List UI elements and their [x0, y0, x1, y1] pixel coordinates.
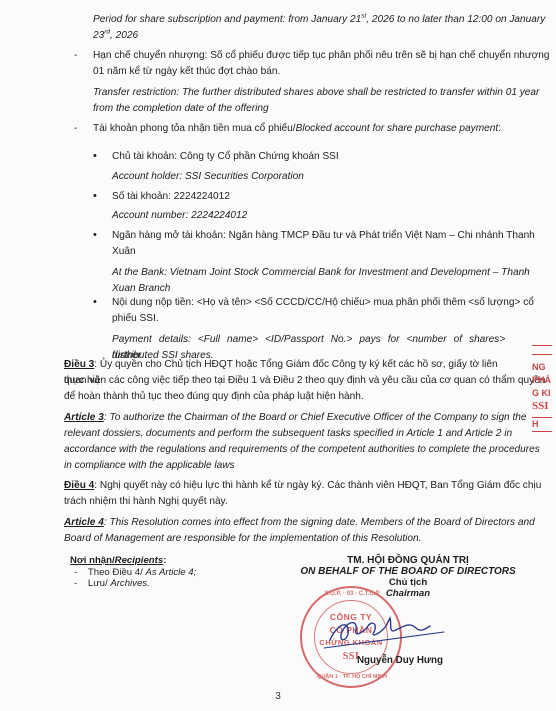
text-line: At the Bank: Vietnam Joint Stock Commerc…: [112, 267, 530, 278]
text-line: trách nhiệm thi hành Nghị quyết này.: [64, 496, 228, 507]
colon: :: [163, 555, 166, 566]
period-text: , 2026: [110, 30, 138, 41]
text-line: Ngân hàng mở tài khoản: Ngân hàng TMCP Đ…: [112, 230, 535, 241]
colon: :: [498, 123, 501, 134]
text-line: : This Resolution comes into effect from…: [104, 517, 535, 528]
text-vi: Lưu/: [88, 578, 110, 589]
article4-vi: Điều 4: Nghị quyết này có hiệu lực thi h…: [64, 478, 541, 494]
period-en-line1: Period for share subscription and paymen…: [93, 12, 545, 28]
document-page: Period for share subscription and paymen…: [0, 0, 556, 711]
recipient-item: - Theo Điều 4/ As Article 4;: [74, 567, 196, 578]
transfer-restriction-vi: Hạn chế chuyển nhượng: Số cổ phiếu được …: [93, 48, 550, 64]
account-holder-en: Account holder: SSI Securities Corporati…: [112, 169, 304, 185]
page-seal-fragment: NG PHÁ G KI SSI H: [532, 345, 556, 460]
text-line: relevant dossiers, documents and perform…: [64, 428, 512, 439]
label-en: Recipients: [115, 555, 164, 566]
seal-text: PHÁ: [532, 374, 556, 387]
page-number: 3: [0, 691, 556, 702]
article3-en: Article 3: To authorize the Chairman of …: [64, 410, 527, 426]
article-label: Điều 3: [64, 359, 94, 370]
text-line: để hoàn thành thủ tục theo đúng quy định…: [64, 391, 364, 402]
bullet: •: [93, 229, 97, 241]
bank-en: At the Bank: Vietnam Joint Stock Commerc…: [112, 265, 530, 281]
account-number-vi: Số tài khoản: 2224224012: [112, 189, 230, 205]
seal-bracket: [532, 345, 552, 355]
period-text: 23: [93, 30, 104, 41]
text-line: : Nghị quyết này có hiệu lực thi hành kể…: [94, 480, 541, 491]
seal-text: SSI: [532, 400, 556, 413]
bullet: •: [93, 150, 97, 162]
list-dash: -: [74, 50, 77, 61]
text-line: Account number: 2224224012: [112, 210, 247, 221]
blocked-account-heading: Tài khoản phong tỏa nhận tiền mua cổ phi…: [93, 121, 501, 137]
article3-en-3: accordance with the regulations and requ…: [64, 442, 540, 458]
bullet: •: [93, 296, 97, 308]
period-text: Period for share subscription and paymen…: [93, 14, 361, 25]
text-vi: Tài khoản phong tỏa nhận tiền mua cổ phi…: [93, 123, 296, 134]
list-dash: -: [74, 123, 77, 134]
payment-details-vi: Nội dung nộp tiền: <Họ và tên> <Số CCCD/…: [112, 295, 534, 311]
article-label: Điều 4: [64, 480, 94, 491]
text-line: 01 năm kể từ ngày kết thúc đợt chào bán.: [93, 66, 280, 77]
signatory-name: Nguyễn Duy Hưng: [320, 655, 480, 667]
seal-text: NG: [532, 361, 556, 374]
text-line: from the completion date of the offering: [93, 103, 269, 114]
handwritten-signature: [320, 612, 450, 652]
transfer-restriction-en-2: from the completion date of the offering: [93, 101, 269, 117]
recipient-item: - Lưu/ Archives.: [74, 578, 150, 589]
transfer-restriction-en: Transfer restriction: The further distri…: [93, 85, 539, 101]
seal-text: H: [532, 417, 552, 432]
text-line: Account holder: SSI Securities Corporati…: [112, 171, 304, 182]
text-line: phiếu SSI.: [112, 313, 159, 324]
stamp-top-ring-text: S.G.P. · 03 · C.T.C.P: [314, 591, 390, 597]
article4-en: Article 4: This Resolution comes into ef…: [64, 515, 535, 531]
text-line: Hạn chế chuyển nhượng: Số cổ phiếu được …: [93, 50, 550, 61]
text-line: Transfer restriction: The further distri…: [93, 87, 539, 98]
bank-vi-2: Xuân: [112, 244, 136, 260]
text-line: accordance with the regulations and requ…: [64, 444, 540, 455]
bank-vi: Ngân hàng mở tài khoản: Ngân hàng TMCP Đ…: [112, 228, 535, 244]
article4-vi-2: trách nhiệm thi hành Nghị quyết này.: [64, 494, 228, 510]
label-vi: Nơi nhận/: [70, 555, 115, 566]
article3-vi-2: thực hiện các công việc tiếp theo tại Đi…: [64, 373, 545, 389]
stamp-bottom-ring-text: QUẬN 1 · TP. HỒ CHÍ MINH: [308, 674, 396, 680]
account-number-en: Account number: 2224224012: [112, 208, 247, 224]
article-label: Article 3: [64, 412, 104, 423]
transfer-restriction-vi-2: 01 năm kể từ ngày kết thúc đợt chào bán.: [93, 64, 280, 80]
recipients-label: Nơi nhận/Recipients:: [70, 555, 166, 566]
article4-en-2: Board of Management are responsible for …: [64, 531, 421, 547]
article3-vi-3: để hoàn thành thủ tục theo đúng quy định…: [64, 389, 364, 405]
text-en: Archives.: [110, 578, 149, 589]
text-line: Số tài khoản: 2224224012: [112, 191, 230, 202]
article3-en-4: in compliance with the applicable laws: [64, 458, 235, 474]
text-line: in compliance with the applicable laws: [64, 460, 235, 471]
text-line: thực hiện các công việc tiếp theo tại Đi…: [64, 375, 545, 386]
text-vi: Theo Điều 4/: [88, 567, 146, 578]
period-en-line2: 23rd, 2026: [93, 28, 138, 44]
account-holder-vi: Chủ tài khoản: Công ty Cổ phần Chứng kho…: [112, 149, 339, 165]
text-line: Chủ tài khoản: Công ty Cổ phần Chứng kho…: [112, 151, 339, 162]
bullet: •: [93, 190, 97, 202]
article3-en-2: relevant dossiers, documents and perform…: [64, 426, 512, 442]
list-dash: -: [74, 567, 77, 578]
period-text: , 2026 to no later than 12:00 on January: [366, 14, 545, 25]
text-en: Blocked account for share purchase payme…: [296, 123, 499, 134]
text-line: Xuan Branch: [112, 283, 170, 294]
text-line: : To authorize the Chairman of the Board…: [104, 412, 527, 423]
text-line: Board of Management are responsible for …: [64, 533, 421, 544]
article-label: Article 4: [64, 517, 104, 528]
payment-details-vi-2: phiếu SSI.: [112, 311, 159, 327]
text-line: Nội dung nộp tiền: <Họ và tên> <Số CCCD/…: [112, 297, 534, 308]
seal-text: G KI: [532, 387, 556, 400]
text-en: As Article 4;: [145, 567, 196, 578]
list-dash: -: [74, 578, 77, 589]
text-line: Xuân: [112, 246, 136, 257]
